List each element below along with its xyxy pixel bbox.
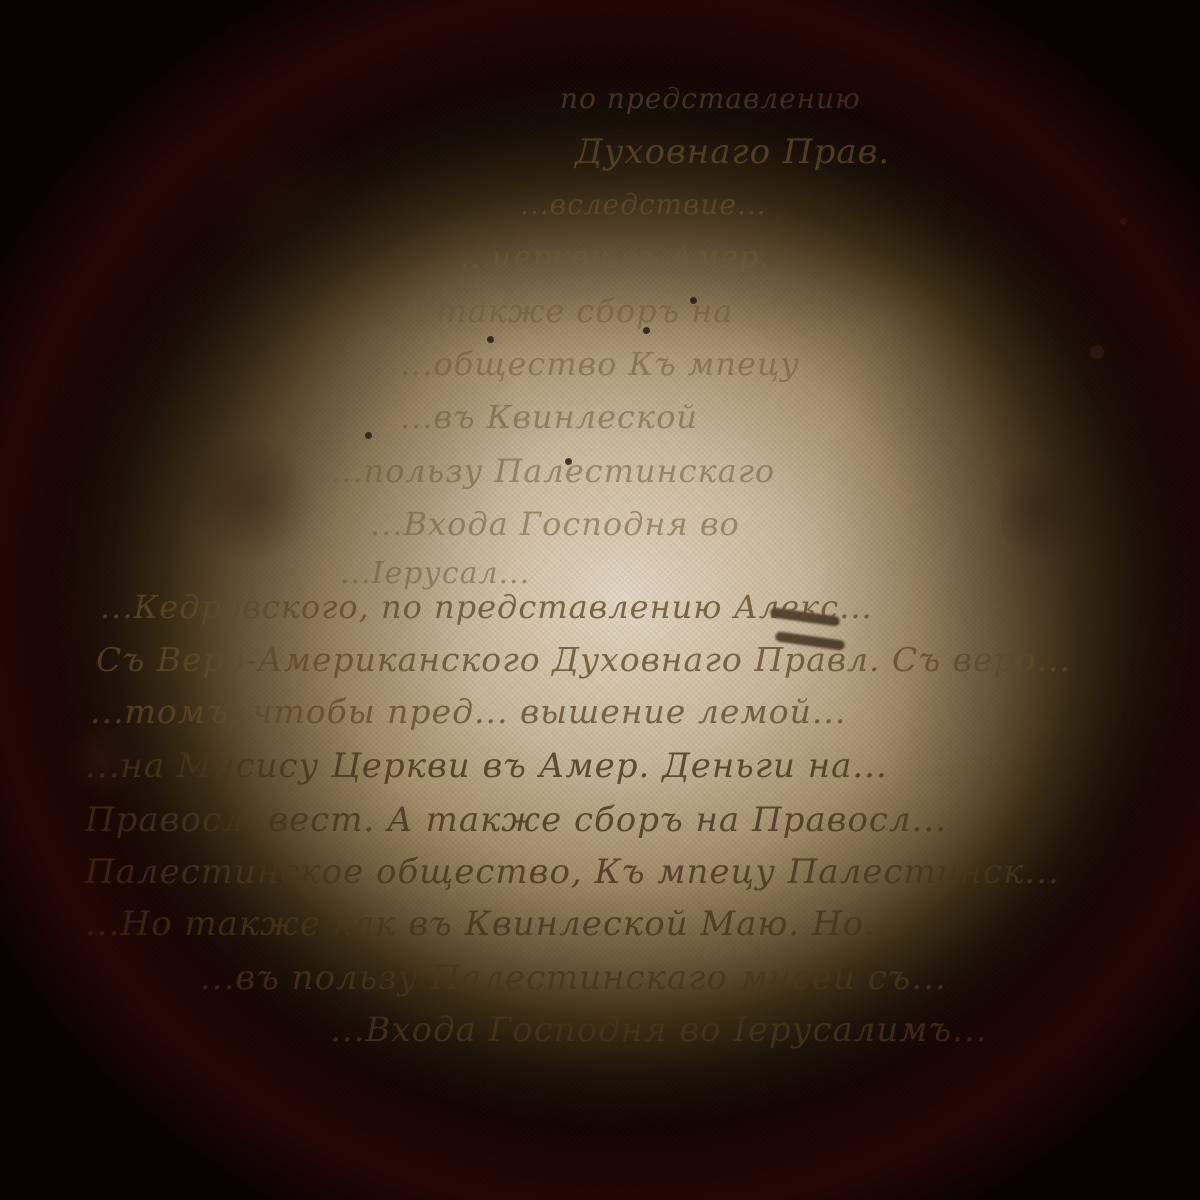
manuscript-image: по представлению Духовнаго Прав. ...всле…	[0, 0, 1200, 1200]
vignette-burned-edge	[0, 0, 1200, 1200]
